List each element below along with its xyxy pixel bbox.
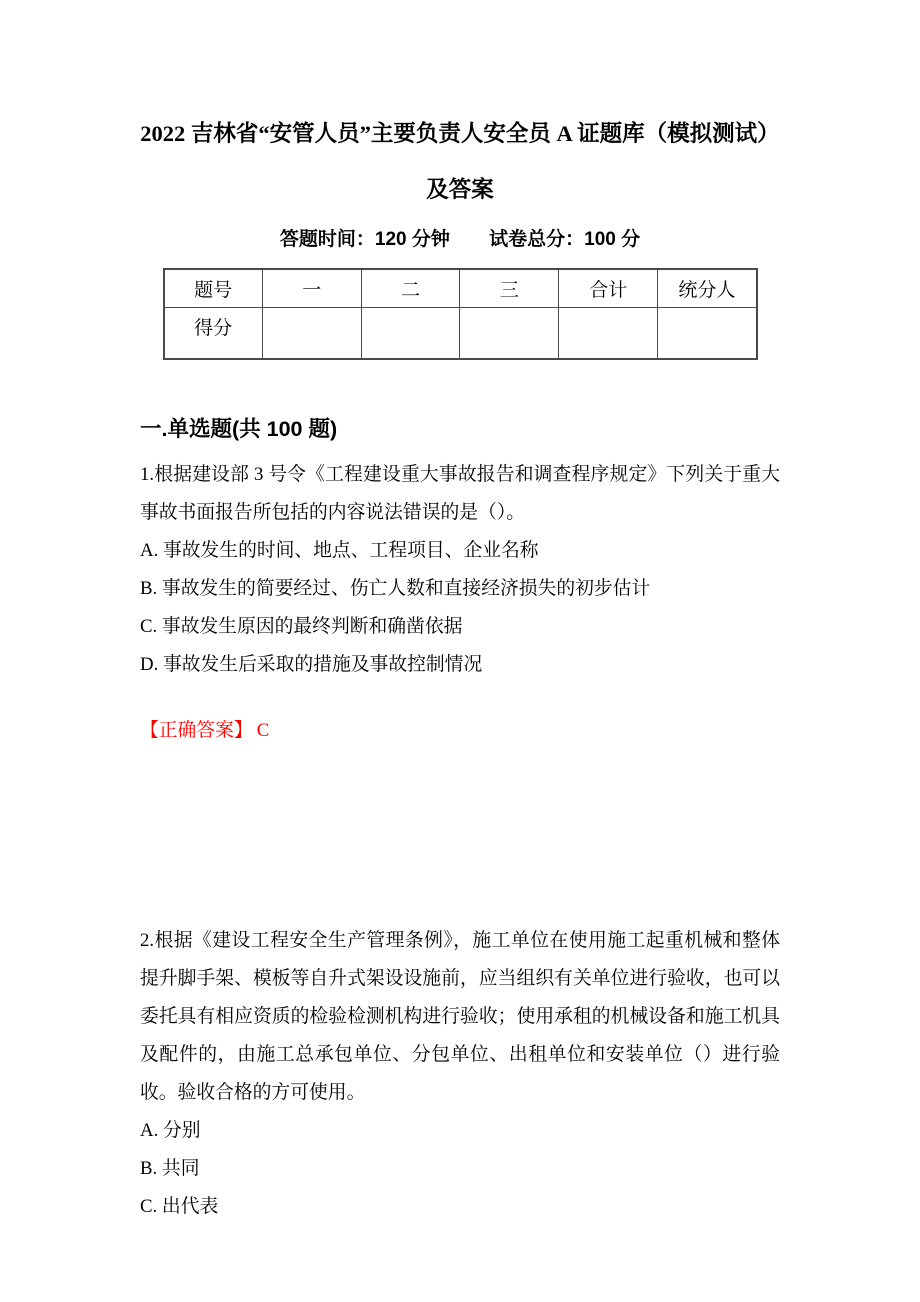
question-2-option-b: B. 共同 [140,1150,780,1188]
score-table-header-total: 合计 [559,269,658,308]
score-cell-empty [460,308,559,360]
section-heading-single-choice: 一.单选题(共 100 题) [140,414,780,444]
question-2-option-a: A. 分别 [140,1112,780,1150]
score-cell-empty [559,308,658,360]
score-table-header-part-1: 一 [262,269,361,308]
exam-document-page: 2022 吉林省“安管人员”主要负责人安全员 A 证题库（模拟测试）及答案 答题… [0,0,920,1302]
question-2-option-c: C. 出代表 [140,1188,780,1226]
score-table-header-row: 题号 一 二 三 合计 统分人 [164,269,757,308]
answer-time-label: 答题时间：120 分钟 [280,229,450,250]
correct-answer-label: 【正确答案】 [140,720,253,741]
question-1-option-b: B. 事故发生的简要经过、伤亡人数和直接经济损失的初步估计 [140,570,780,608]
exam-meta: 答题时间：120 分钟 试卷总分：100 分 [0,226,920,254]
score-cell-empty [262,308,361,360]
question-1-option-c: C. 事故发生原因的最终判断和确凿依据 [140,608,780,646]
question-1-option-d: D. 事故发生后采取的措施及事故控制情况 [140,646,780,684]
question-1-correct-answer: 【正确答案】C [140,712,780,750]
score-table-header-part-3: 三 [460,269,559,308]
score-table: 题号 一 二 三 合计 统分人 得分 [163,268,758,360]
question-1-option-a: A. 事故发生的时间、地点、工程项目、企业名称 [140,532,780,570]
score-table-header-question-no: 题号 [164,269,263,308]
document-title: 2022 吉林省“安管人员”主要负责人安全员 A 证题库（模拟测试）及答案 [138,106,782,218]
score-table-header-part-2: 二 [361,269,460,308]
correct-answer-value: C [257,720,270,741]
question-1-stem: 1.根据建设部 3 号令《工程建设重大事故报告和调查程序规定》下列关于重大事故书… [140,456,780,532]
total-score-label: 试卷总分：100 分 [489,229,640,250]
score-table-header-scorer: 统分人 [658,269,757,308]
score-table-score-row: 得分 [164,308,757,360]
score-cell-empty [361,308,460,360]
score-row-label: 得分 [164,308,263,360]
question-2-stem: 2.根据《建设工程安全生产管理条例》，施工单位在使用施工起重机械和整体提升脚手架… [140,922,780,1112]
score-cell-empty [658,308,757,360]
